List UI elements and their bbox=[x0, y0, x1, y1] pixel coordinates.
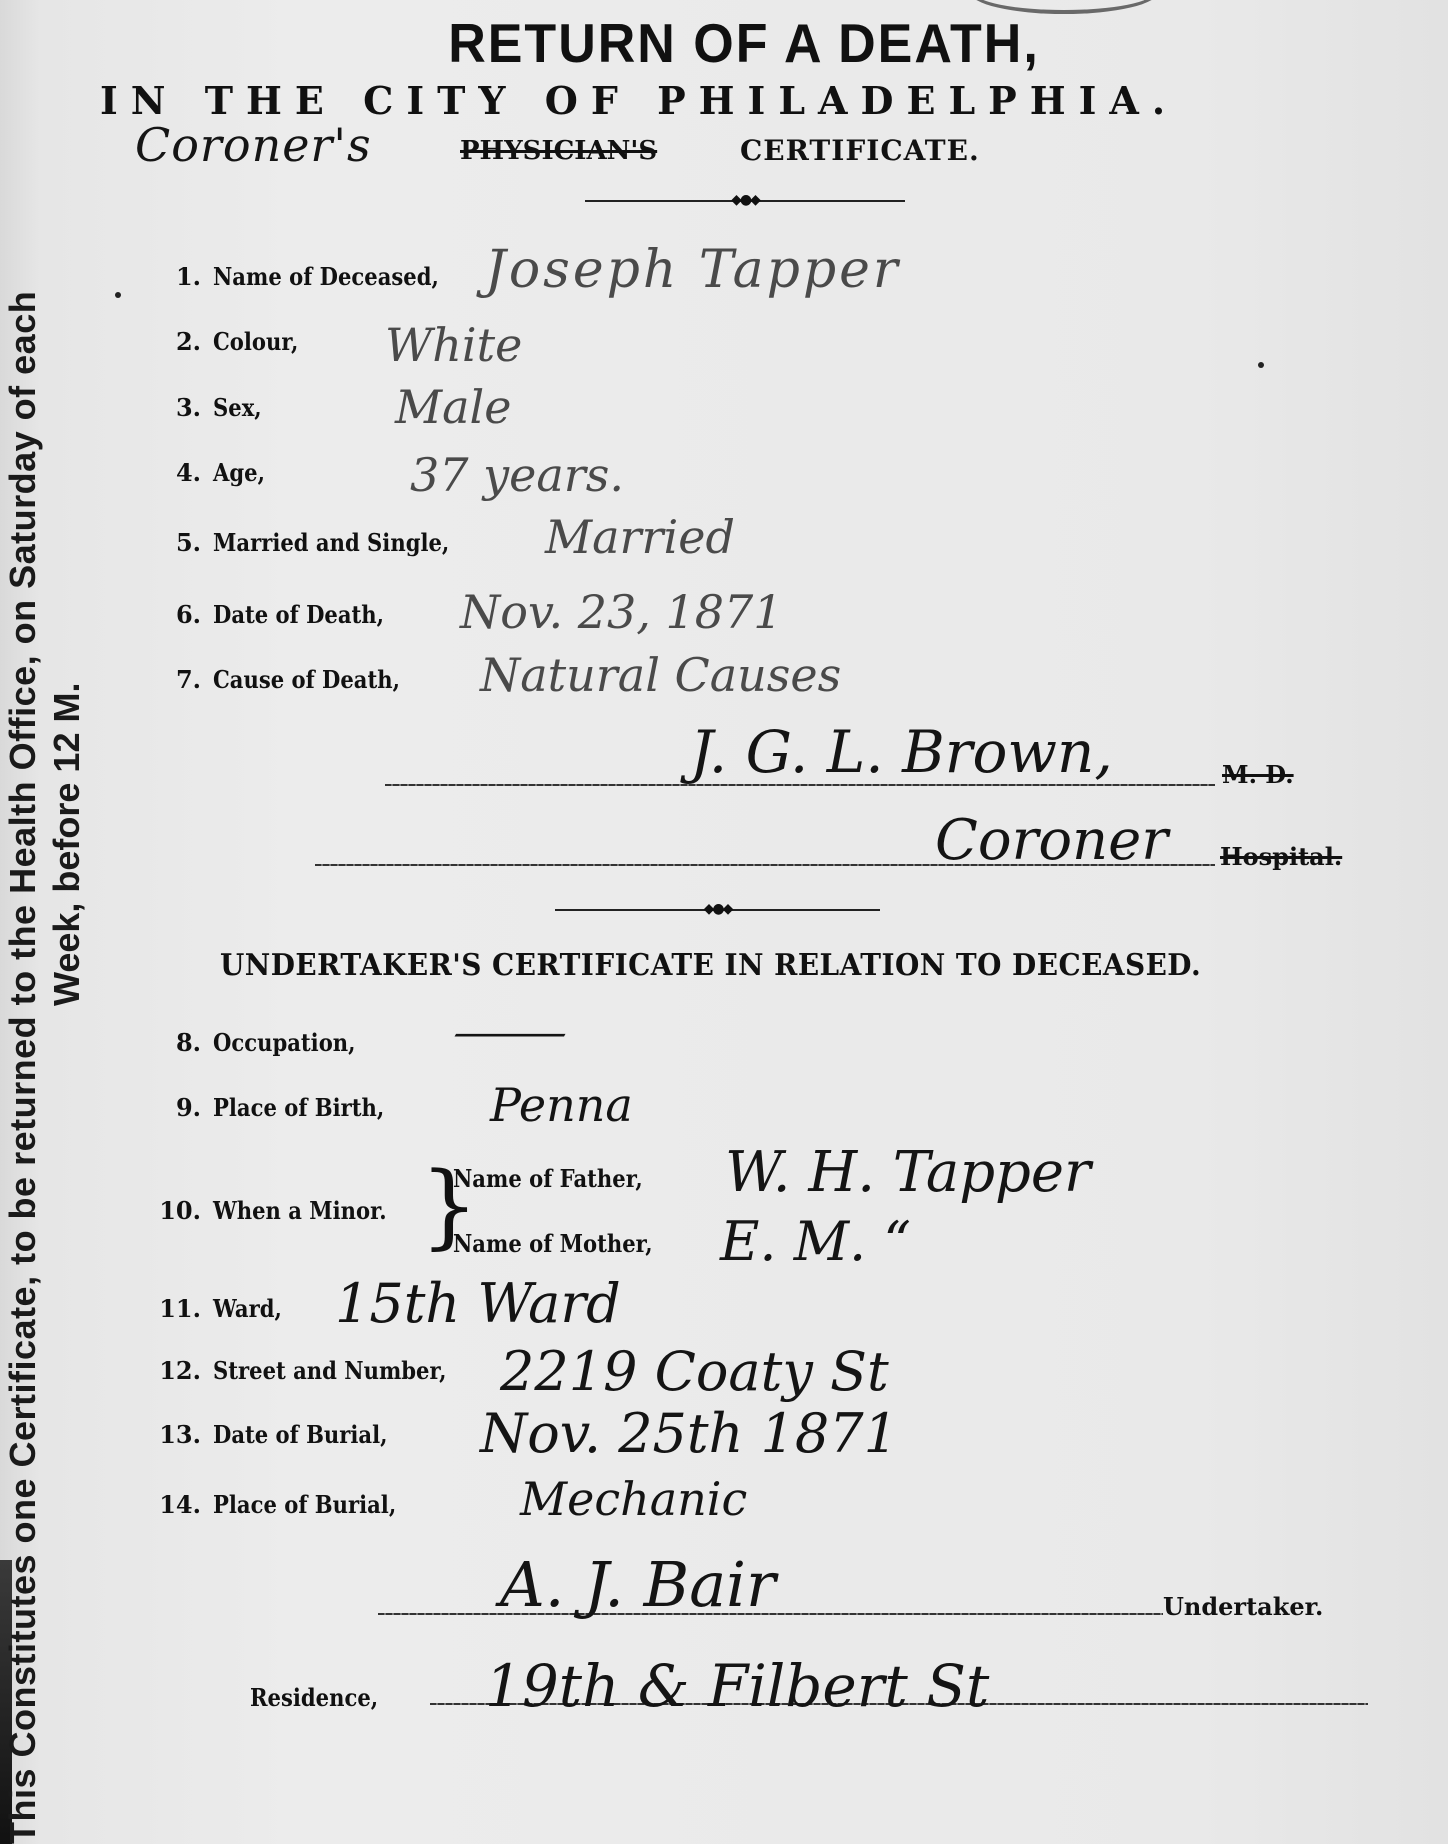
field-number: 12. bbox=[159, 1356, 201, 1385]
field-place-of-birth: 9. Place of Birth, bbox=[213, 1093, 408, 1122]
side-note: This Constitutes one Certificate, to be … bbox=[0, 0, 90, 1844]
field-label: Name of Mother, bbox=[453, 1229, 653, 1258]
field-place-of-burial: 14. Place of Burial, bbox=[213, 1490, 421, 1519]
field-label: When a Minor. bbox=[213, 1196, 387, 1225]
side-note-line-2: Week, before 12 M. bbox=[46, 683, 88, 1006]
value-name-of-deceased: Joseph Tapper bbox=[485, 240, 901, 300]
value-colour: White bbox=[385, 318, 522, 372]
field-when-a-minor: 10. When a Minor. bbox=[213, 1196, 410, 1225]
certificate-page: This Constitutes one Certificate, to be … bbox=[0, 0, 1448, 1844]
field-label: Cause of Death, bbox=[213, 665, 400, 694]
field-number: 14. bbox=[159, 1490, 201, 1519]
field-number: 3. bbox=[176, 393, 201, 422]
undertaker-suffix: Undertaker. bbox=[1163, 1592, 1323, 1621]
field-label: Date of Burial, bbox=[213, 1420, 387, 1449]
certificate-type-struck: PHYSICIAN'S bbox=[460, 136, 657, 166]
value-age: 37 years. bbox=[410, 448, 624, 502]
field-number: 10. bbox=[159, 1196, 201, 1225]
field-colour: 2. Colour, bbox=[213, 327, 310, 356]
value-place-of-burial: Mechanic bbox=[520, 1472, 747, 1526]
field-name-of-father: Name of Father, bbox=[453, 1164, 669, 1193]
undertaker-signature: A. J. Bair bbox=[500, 1548, 776, 1621]
value-name-of-mother: E. M. “ bbox=[720, 1210, 911, 1273]
value-sex: Male bbox=[395, 380, 511, 434]
value-cause-of-death: Natural Causes bbox=[480, 648, 841, 702]
field-number: 9. bbox=[176, 1093, 201, 1122]
value-street-and-number: 2219 Coaty St bbox=[500, 1340, 889, 1403]
field-cause-of-death: 7. Cause of Death, bbox=[213, 665, 425, 694]
field-residence: Residence, bbox=[250, 1683, 396, 1712]
ink-speck bbox=[115, 292, 121, 298]
md-suffix-struck: M. D. bbox=[1222, 760, 1294, 789]
field-number: 4. bbox=[176, 458, 201, 487]
field-number: 8. bbox=[176, 1028, 201, 1057]
undertaker-section-heading: UNDERTAKER'S CERTIFICATE IN RELATION TO … bbox=[220, 948, 1201, 983]
field-street-and-number: 12. Street and Number, bbox=[213, 1356, 478, 1385]
field-name-of-deceased: 1. Name of Deceased, bbox=[213, 262, 470, 291]
field-number: 5. bbox=[176, 528, 201, 557]
field-marital-status: 5. Married and Single, bbox=[213, 528, 482, 557]
field-sex: 3. Sex, bbox=[213, 393, 268, 422]
field-label: Colour, bbox=[213, 327, 298, 356]
field-number: 7. bbox=[176, 665, 201, 694]
side-note-line-1: This Constitutes one Certificate, to be … bbox=[2, 291, 44, 1844]
field-label: Street and Number, bbox=[213, 1356, 446, 1385]
field-occupation: 8. Occupation, bbox=[213, 1028, 375, 1057]
field-ward: 11. Ward, bbox=[213, 1294, 291, 1323]
field-label: Name of Father, bbox=[453, 1164, 643, 1193]
value-date-of-burial: Nov. 25th 1871 bbox=[480, 1402, 898, 1465]
value-residence: 19th & Filbert St bbox=[485, 1652, 989, 1720]
ink-speck bbox=[1258, 362, 1264, 368]
hospital-suffix-struck: Hospital. bbox=[1220, 842, 1342, 871]
ornament-divider-top: ◆●◆ bbox=[585, 196, 905, 206]
certificate-label: CERTIFICATE. bbox=[740, 134, 980, 167]
field-number: 2. bbox=[176, 327, 201, 356]
value-ward: 15th Ward bbox=[335, 1272, 621, 1335]
physician-signature: J. G. L. Brown, bbox=[690, 718, 1113, 786]
document-title: RETURN OF A DEATH, bbox=[0, 13, 1448, 76]
field-age: 4. Age, bbox=[213, 458, 272, 487]
field-number: 13. bbox=[159, 1420, 201, 1449]
certificate-type-handwritten: Coroner's bbox=[135, 118, 372, 172]
field-label: Residence, bbox=[250, 1683, 378, 1712]
field-label: Married and Single, bbox=[213, 528, 449, 557]
field-label: Place of Burial, bbox=[213, 1490, 396, 1519]
ornament-divider-middle: ◆●◆ bbox=[555, 905, 880, 915]
field-label: Name of Deceased, bbox=[213, 262, 439, 291]
field-label: Occupation, bbox=[213, 1028, 356, 1057]
field-label: Place of Birth, bbox=[213, 1093, 384, 1122]
value-name-of-father: W. H. Tapper bbox=[725, 1140, 1091, 1205]
value-place-of-birth: Penna bbox=[490, 1078, 633, 1132]
document-subtitle: IN THE CITY OF PHILADELPHIA. bbox=[100, 78, 1400, 123]
field-date-of-burial: 13. Date of Burial, bbox=[213, 1420, 411, 1449]
value-date-of-death: Nov. 23, 1871 bbox=[460, 585, 783, 639]
field-label: Ward, bbox=[213, 1294, 282, 1323]
field-label: Age, bbox=[213, 458, 265, 487]
physician-title-handwritten: Coroner bbox=[935, 808, 1168, 873]
field-number: 1. bbox=[176, 262, 201, 291]
field-label: Sex, bbox=[213, 393, 262, 422]
field-date-of-death: 6. Date of Death, bbox=[213, 600, 407, 629]
field-number: 11. bbox=[159, 1294, 201, 1323]
field-name-of-mother: Name of Mother, bbox=[453, 1229, 680, 1258]
value-marital-status: Married bbox=[545, 510, 735, 564]
value-occupation: — bbox=[450, 1010, 570, 1056]
field-label: Date of Death, bbox=[213, 600, 384, 629]
field-number: 6. bbox=[176, 600, 201, 629]
